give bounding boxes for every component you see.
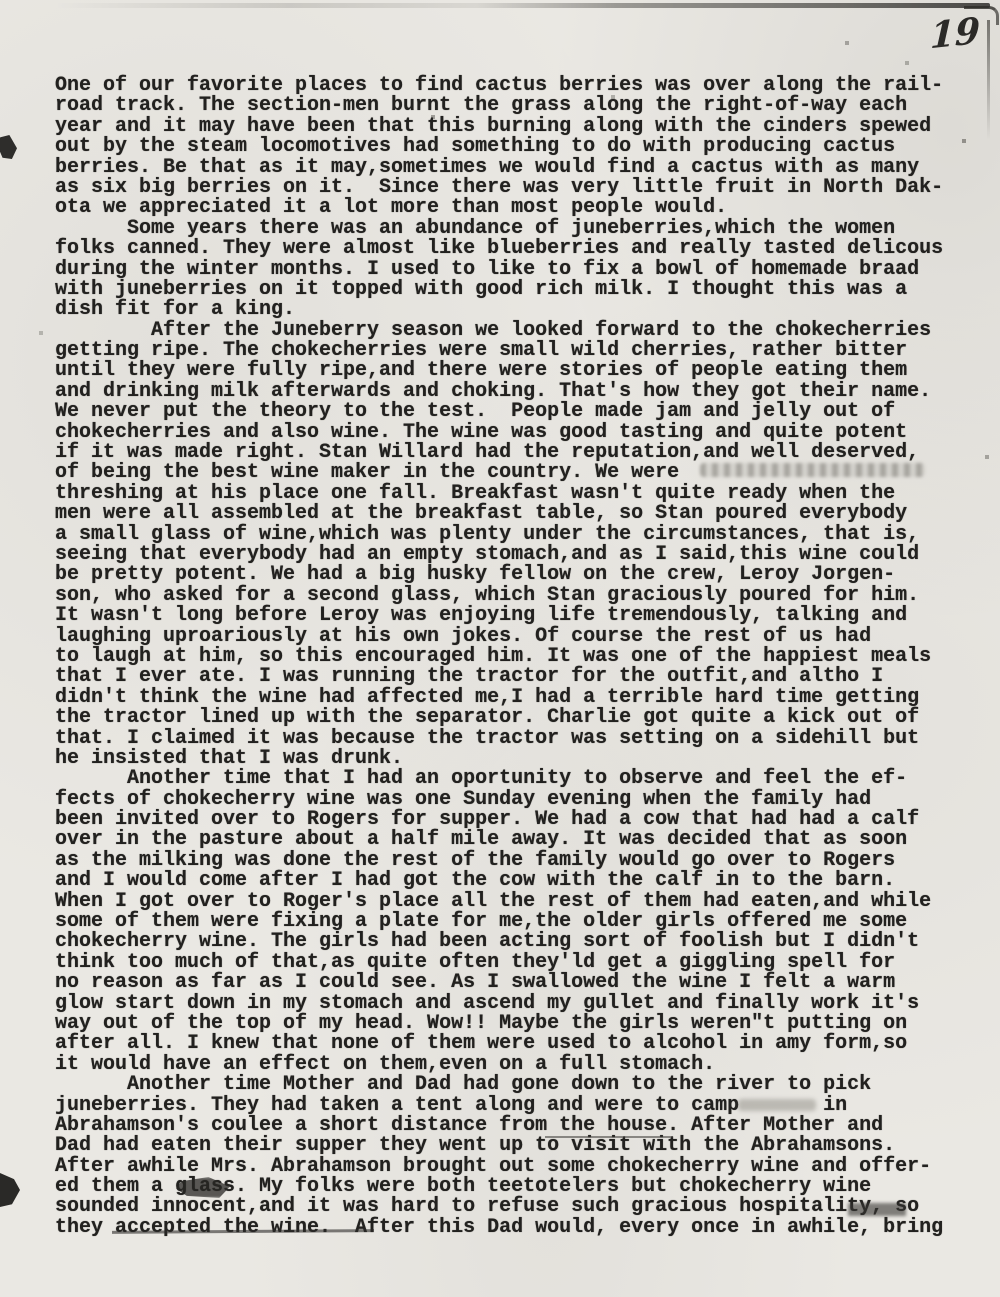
typed-line: It wasn't long before Leroy was enjoying… [55, 606, 985, 626]
typed-line: When I got over to Roger's place all the… [55, 892, 985, 912]
paragraph: After the Juneberry season we looked for… [55, 321, 985, 770]
scanned-document-page: 19 One of our favorite places to find ca… [0, 0, 1000, 1297]
typed-line: and I would come after I had got the cow… [55, 871, 985, 891]
typed-line: that I ever ate. I was running the tract… [55, 667, 985, 687]
typed-line: fects of chokecherry wine was one Sunday… [55, 790, 985, 810]
typed-line: chokecherries and also wine. The wine wa… [55, 423, 985, 443]
typed-line: chokecherry wine. The girls had been act… [55, 932, 985, 952]
typed-line: during the winter months. I used to like… [55, 260, 985, 280]
typed-line: Dad had eaten their supper they went up … [55, 1136, 985, 1156]
typed-line: until they were fully ripe,and there wer… [55, 361, 985, 381]
typed-line: a small glass of wine,which was plenty u… [55, 525, 985, 545]
typed-line: juneberries. They had taken a tent along… [55, 1096, 985, 1116]
typed-line: berries. Be that as it may,sometimes we … [55, 158, 985, 178]
typed-line: over in the pasture about a half mile aw… [55, 830, 985, 850]
margin-ink-mark [0, 1173, 20, 1207]
typed-line: they accepted the wine. After this Dad w… [55, 1218, 985, 1238]
typed-line: glow start down in my stomach and ascend… [55, 994, 985, 1014]
typed-line: dish fit for a king. [55, 300, 985, 320]
typed-line: folks canned. They were almost like blue… [55, 239, 985, 259]
typed-line: out by the steam locomotives had somethi… [55, 137, 985, 157]
margin-ink-mark [0, 135, 17, 159]
handwritten-page-number: 19 [929, 9, 990, 58]
paragraph: Another time that I had an oportunity to… [55, 769, 985, 1075]
typed-line: road track. The section-men burnt the gr… [55, 96, 985, 116]
scan-edge-streak [55, 3, 990, 8]
paragraph: Some years there was an abundance of jun… [55, 219, 985, 321]
typed-line: sounded innocent,and it was hard to refu… [55, 1197, 985, 1217]
typed-line: that. I claimed it was because the tract… [55, 729, 985, 749]
typed-line: after all. I knew that none of them were… [55, 1034, 985, 1054]
typed-text: One of our favorite places to find cactu… [55, 76, 985, 1238]
typed-line: the tractor lined up with the separator.… [55, 708, 985, 728]
typed-line: Another time Mother and Dad had gone dow… [55, 1075, 985, 1095]
paragraph: Another time Mother and Dad had gone dow… [55, 1075, 985, 1238]
typed-line: men were all assembled at the breakfast … [55, 504, 985, 524]
typed-line: no reason as far as I could see. As I sw… [55, 973, 985, 993]
typed-line: ota we appreciated it a lot more than mo… [55, 198, 985, 218]
typed-line: We never put the theory to the test. Peo… [55, 402, 985, 422]
typed-line: laughing uproariously at his own jokes. … [55, 627, 985, 647]
typed-line: be pretty potent. We had a big husky fel… [55, 565, 985, 585]
typed-line: of being the best wine maker in the coun… [55, 463, 985, 483]
scan-specks [0, 0, 2, 2]
paragraph: One of our favorite places to find cactu… [55, 76, 985, 219]
typed-line: Another time that I had an oportunity to… [55, 769, 985, 789]
